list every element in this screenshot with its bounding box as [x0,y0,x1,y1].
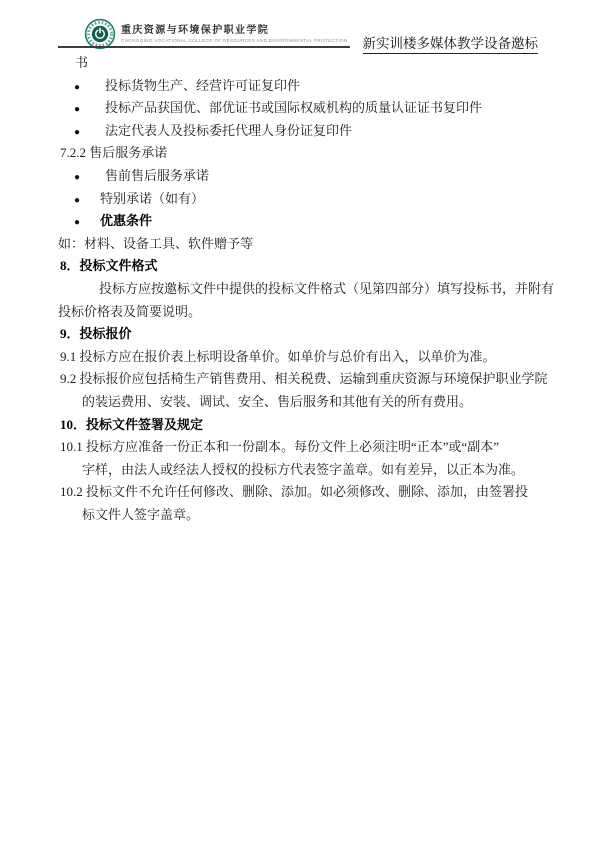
body-line-text: 投标产品获国优、部优证书或国际权威机构的质量认证证书复印件 [105,100,482,115]
body-line: 8．投标文件格式 [60,255,538,278]
body-line: 9.1 投标方应在报价表上标明设备单价。如单价与总价有出入，以单价为准。 [60,346,538,369]
body-line: 的装运费用、安装、调试、安全、售后服务和其他有关的所有费用。 [82,391,538,414]
body-line: 投标价格表及简要说明。 [58,301,538,324]
body-line-text: 售前售后服务承诺 [105,168,209,183]
college-name-cn: 重庆资源与环境保护职业学院 [121,21,269,36]
bullet-icon: ● [74,77,105,100]
body-line: ●特别承诺（如有） [74,188,538,211]
body-line: 10.2 投标文件不允许任何修改、删除、添加。如必须修改、删除、添加，由签署投 [60,481,538,504]
body-line: 7.2.2 售后服务承诺 [60,142,538,165]
bullet-icon: ● [74,190,100,213]
header-rule [58,46,350,48]
body-line: 投标方应按邀标文件中提供的投标文件格式（见第四部分）填写投标书，并附有 [99,278,538,301]
body-line: ●法定代表人及投标委托代理人身份证复印件 [74,120,538,143]
document-page: 重庆资源与环境保护职业学院 CHONGQING VOCATIONAL COLLE… [0,0,595,841]
document-body: 书●投标货物生产、经营许可证复印件●投标产品获国优、部优证书或国际权威机构的质量… [58,52,538,526]
body-line: 9．投标报价 [60,323,538,346]
body-line: ●优惠条件 [74,210,538,233]
body-line: 10.1 投标方应准备一份正本和一份副本。每份文件上必须注明“正本”或“副本” [60,436,538,459]
bullet-icon: ● [74,212,100,235]
body-line: 书 [75,52,538,75]
body-line-text: 法定代表人及投标委托代理人身份证复印件 [105,123,352,138]
body-line: 10．投标文件签署及规定 [60,414,538,437]
body-line: ●投标产品获国优、部优证书或国际权威机构的质量认证证书复印件 [74,97,538,120]
bullet-icon: ● [74,167,105,190]
bullet-icon: ● [74,99,105,122]
body-line: ●售前售后服务承诺 [74,165,538,188]
body-line: 如：材料、设备工具、软件赠予等 [58,233,538,256]
college-name-en: CHONGQING VOCATIONAL COLLEGE OF RESOURCE… [121,38,348,43]
document-title: 新实训楼多媒体教学设备邀标 [363,32,539,54]
body-line: 标文件人签字盖章。 [82,504,538,527]
body-line: 9.2 投标报价应包括椅生产销售费用、相关税费、运输到重庆资源与环境保护职业学院 [60,368,538,391]
body-line: 字样，由法人或经法人授权的投标方代表签字盖章。如有差异，以正本为准。 [82,459,538,482]
body-line: ●投标货物生产、经营许可证复印件 [74,75,538,98]
body-line-text: 投标货物生产、经营许可证复印件 [105,78,300,93]
bullet-icon: ● [74,122,105,145]
body-line-text: 特别承诺（如有） [100,191,204,206]
body-line-text: 优惠条件 [100,213,152,228]
